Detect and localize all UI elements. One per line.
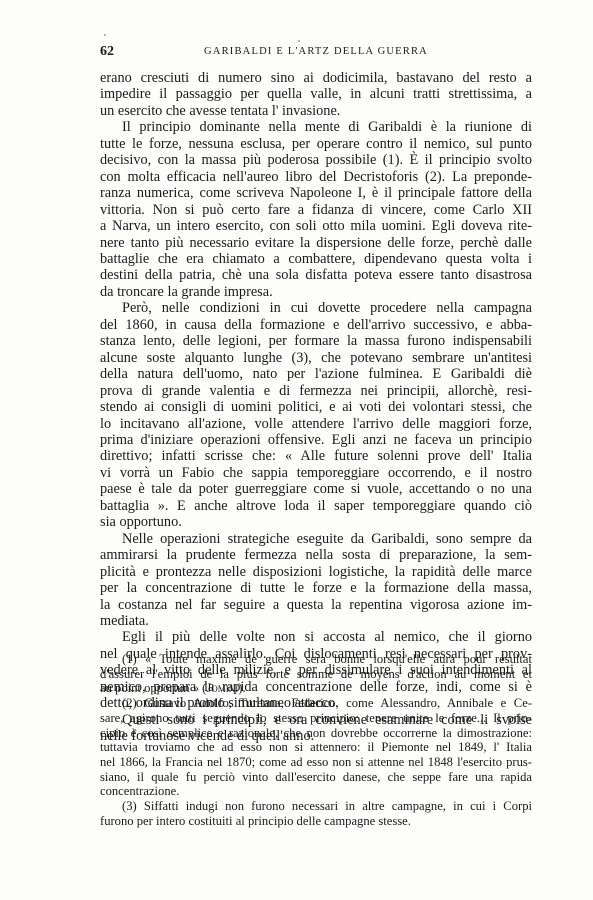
text-line: Egli il più delle volte non si accosta a… [100,629,532,645]
text-line: sia opportuno. [100,514,532,530]
footnote-line: siano, il quale fu perciò vinto dall'ese… [100,770,532,785]
scan-speck [104,34,106,36]
text-line: plicità e prontezza nelle disposizioni l… [100,564,532,580]
footnote-text: ). [238,681,245,695]
text-line: con molta efficacia nell'aureo libro del… [100,169,532,185]
text-line: tutte le forze, nessuna esclusa, per ope… [100,136,532,152]
text-line: paese è tale da poter guerreggiare come … [100,481,532,497]
text-line: direttivo; infatti scrisse che: « Alle f… [100,448,532,464]
footnote-line: furono per intero costituiti al principi… [100,814,532,829]
book-page: 62 GARIBALDI E L'ARTZ DELLA GUERRA erano… [0,0,593,900]
text-line: battaglia ». E anche altrove loda il sap… [100,498,532,514]
text-line: vi vorrà un Fabio che sappia temporeggia… [100,465,532,481]
text-line: nere tanto più necessario evitare la dis… [100,235,532,251]
footnote-line: (2) Gustavo Adolfo, Turenna, Federico, c… [100,696,532,711]
footnote-3: (3) Siffatti indugi non furono necessari… [100,799,532,828]
footnote-1: (1) « Toute maxime de guerre sera bonne … [100,652,532,696]
text-line: mediata. [100,613,532,629]
text-line: impedire il passaggio per quella valle, … [100,86,532,102]
scan-speck [298,40,300,42]
text-line: alcune soste alquanto lunghe (3), che po… [100,350,532,366]
footnote-line: tuttavia troviamo che ad esso non si att… [100,740,532,755]
footnote-text: au point opportun » ( [100,681,206,695]
running-header: 62 GARIBALDI E L'ARTZ DELLA GUERRA [100,44,532,60]
text-line: prova di grande valentia e di fermezza n… [100,383,532,399]
text-line: decisivo, con la massa più poderosa poss… [100,152,532,168]
footnote-line: sare, agirono tutti seguendo lo stesso p… [100,711,532,726]
text-line: erano cresciuti di numero sino ai dodici… [100,70,532,86]
text-line: per la concentrazione di tutte le forze … [100,580,532,596]
footnote-line: (3) Siffatti indugi non furono necessari… [100,799,532,814]
text-line: lo incitavano all'azione, volle attender… [100,416,532,432]
text-line: battaglie che era chiamato a combattere,… [100,251,532,267]
footnote-line: au point opportun » (Jomini). [100,681,532,696]
text-line: Nelle operazioni strategiche eseguite da… [100,531,532,547]
text-line: vittoria. Non si può certo fare a fidanz… [100,202,532,218]
text-line: la costanza nel far seguire a questa la … [100,597,532,613]
footnote-line: cipio è così semplice e razionale, che n… [100,726,532,741]
text-line: a Narva, un intero esercito, con soli ot… [100,218,532,234]
running-title: GARIBALDI E L'ARTZ DELLA GUERRA [100,46,532,57]
text-line: da troncare la grande impresa. [100,284,532,300]
text-line: destini della patria, chè una sola disfa… [100,267,532,283]
text-line: stendo ai consigli di uomini politici, e… [100,399,532,415]
footnote-line: d'assurer l'emploi de la plus forte somm… [100,667,532,682]
footnote-line: concentrazione. [100,784,532,799]
body-text: erano cresciuti di numero sino ai dodici… [100,70,532,745]
paragraph: Però, nelle condizioni in cui dovette pr… [100,300,532,530]
text-line: della natura dell'uomo, nato per l'azion… [100,366,532,382]
citation-author: Jomini [206,681,238,695]
text-line: Il principio dominante nella mente di Ga… [100,119,532,135]
footnote-line: (1) « Toute maxime de guerre sera bonne … [100,652,532,667]
paragraph: Nelle operazioni strategiche eseguite da… [100,531,532,630]
footnote-2: (2) Gustavo Adolfo, Turenna, Federico, c… [100,696,532,799]
text-line: un esercito che avesse tentata l' invasi… [100,103,532,119]
text-line: ammirarsi la prudente fermezza nella sos… [100,547,532,563]
footnote-line: nel 1866, la Francia nel 1870; come ad e… [100,755,532,770]
text-line: del 1860, in causa della formazione e de… [100,317,532,333]
paragraph: erano cresciuti di numero sino ai dodici… [100,70,532,119]
text-line: Però, nelle condizioni in cui dovette pr… [100,300,532,316]
text-line: prima d'iniziare operazioni offensive. E… [100,432,532,448]
paragraph: Il principio dominante nella mente di Ga… [100,119,532,300]
text-line: stanza lento, delle legioni, per formare… [100,333,532,349]
text-line: ranza numerica, come scriveva Napoleone … [100,185,532,201]
footnotes: (1) « Toute maxime de guerre sera bonne … [100,652,532,828]
